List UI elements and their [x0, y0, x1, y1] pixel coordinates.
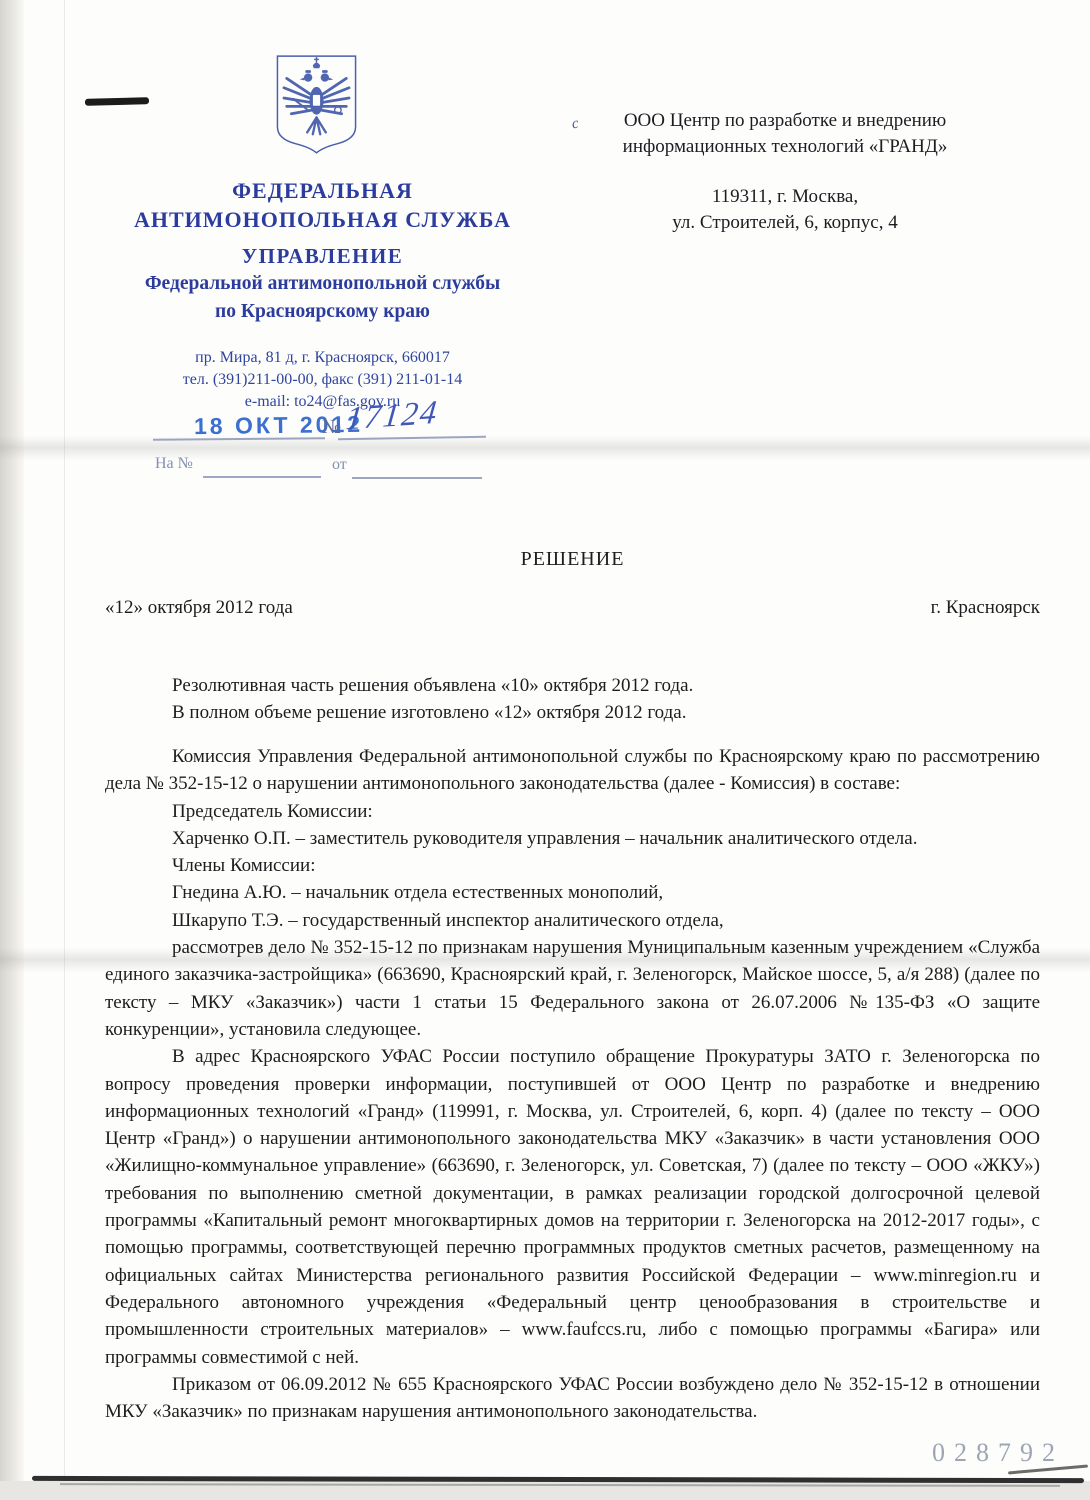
intro-line: В полном объеме решение изготовлено «12»… — [105, 699, 1040, 726]
intro-line: Резолютивная часть решения объявлена «10… — [105, 672, 1040, 699]
handwritten-ink-mark: с — [571, 116, 581, 134]
body-paragraph: Шкарупо Т.Э. – государственный инспектор… — [105, 907, 1040, 934]
scan-page-edge — [0, 0, 24, 1500]
dept-name-line2: Федеральной антимонопольной службы — [110, 270, 535, 298]
dept-name-line3: по Красноярскому краю — [110, 298, 535, 326]
recipient-address-line2: ул. Строителей, 6, корпус, 4 — [585, 210, 985, 236]
sender-email: e-mail: to24@fas.gov.ru — [110, 391, 535, 413]
body-paragraph: Гнедина А.Ю. – начальник отдела естестве… — [105, 879, 1040, 906]
decision-date: «12» октября 2012 года — [105, 597, 293, 619]
recipient-name-line1: ООО Центр по разработке и внедрению — [585, 108, 985, 134]
outgoing-number-label: № — [322, 416, 341, 439]
recipient-name-line2: информационных технологий «ГРАНД» — [585, 134, 985, 160]
reference-number-label: На № — [155, 455, 193, 473]
sender-address: пр. Мира, 81 д, г. Красноярск, 660017 — [110, 347, 535, 369]
dept-name-line1: УПРАВЛЕНИЕ — [110, 242, 535, 270]
reference-underline — [352, 477, 482, 479]
body-paragraph: рассмотрев дело № 352-15-12 по признакам… — [105, 934, 1040, 1043]
intro-block: Резолютивная часть решения объявлена «10… — [105, 672, 1040, 726]
org-name-line1: ФЕДЕРАЛЬНАЯ — [110, 176, 535, 205]
body-paragraph: Харченко О.П. – заместитель руководителя… — [105, 825, 1040, 852]
reference-date-label: от — [332, 456, 347, 474]
recipient-address-line1: 119311, г. Москва, — [585, 184, 985, 210]
body-paragraph: Члены Комиссии: — [105, 852, 1040, 879]
body-paragraph: Комиссия Управления Федеральной антимоно… — [105, 743, 1040, 798]
handwritten-outgoing-number: 17124 — [344, 395, 440, 439]
decision-city: г. Красноярск — [931, 597, 1040, 619]
org-name-line2: АНТИМОНОПОЛЬНАЯ СЛУЖБА — [110, 205, 535, 234]
state-emblem-icon — [270, 52, 363, 157]
sender-phone: тел. (391)211-00-00, факс (391) 211-01-1… — [110, 369, 535, 391]
letterhead: ФЕДЕРАЛЬНАЯ АНТИМОНОПОЛЬНАЯ СЛУЖБА УПРАВ… — [110, 176, 535, 413]
recipient-block: ООО Центр по разработке и внедрению инфо… — [585, 108, 985, 236]
scan-fold-line — [64, 0, 65, 1500]
date-place-row: «12» октября 2012 года г. Красноярск — [105, 597, 1040, 619]
page-number-stamp: 028792 — [932, 1438, 1064, 1468]
body-paragraph: В адрес Красноярского УФАС России поступ… — [105, 1043, 1040, 1371]
body-paragraph: Председатель Комиссии: — [105, 798, 1040, 825]
scanned-document-page: ФЕДЕРАЛЬНАЯ АНТИМОНОПОЛЬНАЯ СЛУЖБА УПРАВ… — [0, 0, 1090, 1500]
document-title: РЕШЕНИЕ — [105, 548, 1040, 571]
document-body: Комиссия Управления Федеральной антимоно… — [105, 743, 1040, 1425]
reference-underline — [203, 476, 321, 478]
scan-mark-dash — [85, 97, 149, 106]
body-paragraph: Приказом от 06.09.2012 № 655 Красноярско… — [105, 1371, 1040, 1426]
